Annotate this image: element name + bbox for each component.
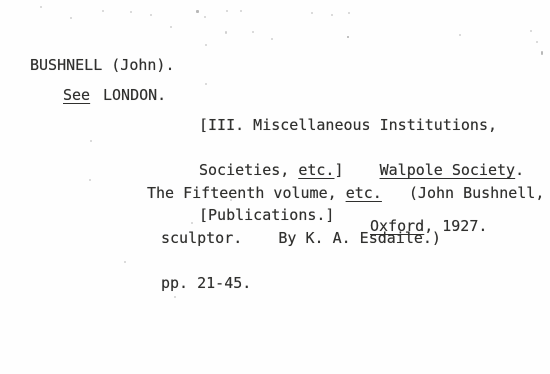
scan-speck [347,36,349,38]
scan-speck [226,10,228,12]
see-target: LONDON. [103,88,166,103]
title-line-1-post: (John Bushnell, [382,184,545,202]
imprint-rest: , 1927. [424,217,487,235]
scan-speck [536,41,538,43]
catalog-card: BUSHNELL (John). See LONDON. [III. Misce… [0,0,550,374]
pagination: pp. 21-45. [147,276,544,291]
scan-speck [530,30,532,32]
scan-speck [204,16,206,18]
scan-speck [331,14,333,16]
scan-speck [459,34,461,36]
title-etc-abbreviation: etc. [346,184,382,202]
scan-speck [196,10,199,13]
scan-speck [252,31,254,33]
scan-speck [541,51,543,55]
scan-speck [205,83,207,85]
imprint: Oxford, 1927. [370,219,487,234]
scan-speck [311,12,313,14]
scan-speck [240,10,242,12]
title-line-1-pre: The Fifteenth volume, [147,184,346,202]
title-note-block: The Fifteenth volume, etc. (John Bushnel… [147,156,544,321]
scan-speck [170,26,172,28]
scan-speck [130,11,132,13]
scan-speck [70,17,72,19]
title-line-1: The Fifteenth volume, etc. (John Bushnel… [147,186,544,201]
scan-speck [40,6,42,8]
scan-speck [271,38,273,40]
scan-speck [205,44,207,46]
classification-line-1: [III. Miscellaneous Institutions, [199,118,524,133]
scan-speck [348,12,350,14]
scan-speck [102,10,104,12]
scan-speck [150,14,152,16]
scan-speck [89,179,91,181]
heading-author: BUSHNELL (John). [30,58,175,73]
scan-speck [225,31,227,34]
scan-speck [124,261,126,263]
see-label: See [63,88,90,103]
imprint-place: Oxford [370,217,424,235]
scan-speck [90,140,92,142]
